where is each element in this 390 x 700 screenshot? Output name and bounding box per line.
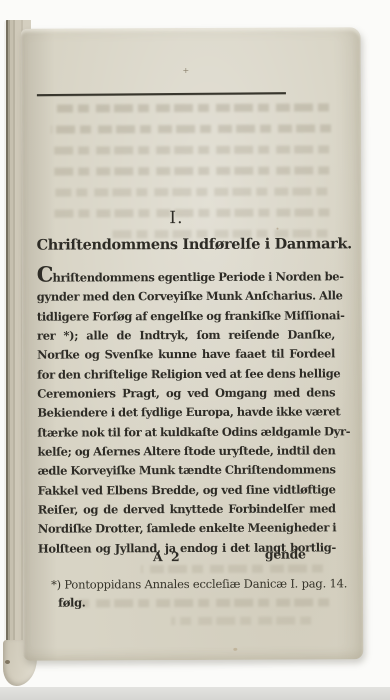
table-surface-edge	[0, 687, 390, 700]
body-text-line: Reiſer, og de derved knyttede Forbindelſ…	[38, 499, 336, 520]
printers-mark: +	[181, 66, 191, 76]
chapter-title: Chriſtendommens Indførelſe i Danmark.	[37, 235, 335, 253]
body-text-line: tidligere Forſøg af engelſke og frankiſk…	[37, 306, 335, 327]
book-photo: + I. Chriſtendommens Indførelſe i Danmar…	[0, 0, 390, 700]
page-edge-speck	[5, 660, 10, 664]
foxing-speck	[233, 648, 237, 651]
showthrough-text-line	[71, 598, 329, 607]
body-text: Chriſtendommens egentlige Periode i Nord…	[37, 267, 336, 558]
footnote-continuation: følg.	[58, 595, 85, 609]
body-text-line: kelſe; og Aſernes Altere ſtode uryſtede,…	[37, 441, 335, 462]
showthrough-text-line	[51, 124, 331, 133]
showthrough-text-line	[57, 103, 329, 112]
foxing-speck	[276, 228, 278, 230]
catchword: gende	[265, 547, 306, 562]
showthrough-text-line	[55, 187, 327, 196]
body-text-line: ædle Korveyiſke Munk tændte Chriſtendomm…	[38, 461, 336, 482]
signature-catchword-row: A 2 gende	[23, 548, 363, 569]
signature-mark: A 2	[153, 549, 182, 564]
footnote-citation: *) Pontoppidans Annales eccleſiæ Danicæ …	[51, 576, 351, 591]
body-text-line: Fakkel ved Elbens Bredde, og ved ſine vi…	[38, 480, 336, 501]
book-page: + I. Chriſtendommens Indførelſe i Danmar…	[21, 27, 364, 660]
body-text-line: Chriſtendommens egentlige Periode i Nord…	[37, 267, 335, 288]
section-head-rule	[37, 92, 286, 96]
body-text-line: gynder med den Corveyiſke Munk Anſchariu…	[37, 287, 335, 308]
showthrough-text-line	[51, 166, 329, 175]
body-text-line: Norſke og Svenſke kunne have faaet til F…	[37, 345, 335, 366]
body-text-line: Bekiendere i det ſydlige Europa, havde i…	[37, 403, 335, 424]
showthrough-text-line	[171, 616, 311, 625]
body-text-line: rer *); alle de Indtryk, ſom reiſende Da…	[37, 325, 335, 346]
body-text-line: Nordiſke Drotter, ſamlede enkelte Meenig…	[38, 519, 336, 540]
body-text-line: Ceremoniers Pragt, og ved Omgang med den…	[37, 383, 335, 404]
body-text-line: for den chriſtelige Religion ved at ſee …	[37, 364, 335, 385]
chapter-number: I.	[27, 207, 325, 228]
body-text-line: ſtærke nok til for at kuldkaſte Odins æl…	[37, 422, 335, 443]
showthrough-text-line	[53, 145, 329, 154]
